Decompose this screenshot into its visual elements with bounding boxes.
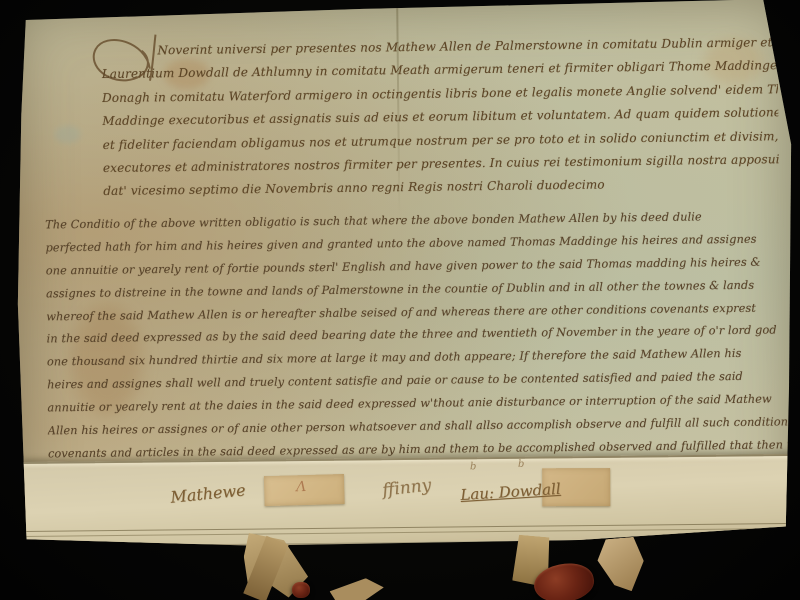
wax-seal-fragment [292,582,310,598]
photograph: Noverint universi per presentes nos Math… [0,0,800,600]
pendant-tag [596,536,647,594]
pendant-tag [329,575,386,600]
paraph-mark: b [518,459,525,470]
applied-paper-seal: Λ [264,474,345,506]
signature-flourish: ffinny [381,475,432,500]
paraph-mark: b [470,461,477,472]
parchment-sheet: Noverint universi per presentes nos Math… [13,0,797,548]
plica-fold: Mathewe Λ ffinny b b Lau: Dowdall [22,454,793,546]
stain-spot [54,125,80,143]
signature-mathew-allen: Mathewe [170,480,247,506]
seal-mark: Λ [296,479,307,495]
english-condition-text: The Conditio of the above written obliga… [45,209,792,493]
latin-obligation-text: Noverint universi per presentes nos Math… [101,35,779,208]
